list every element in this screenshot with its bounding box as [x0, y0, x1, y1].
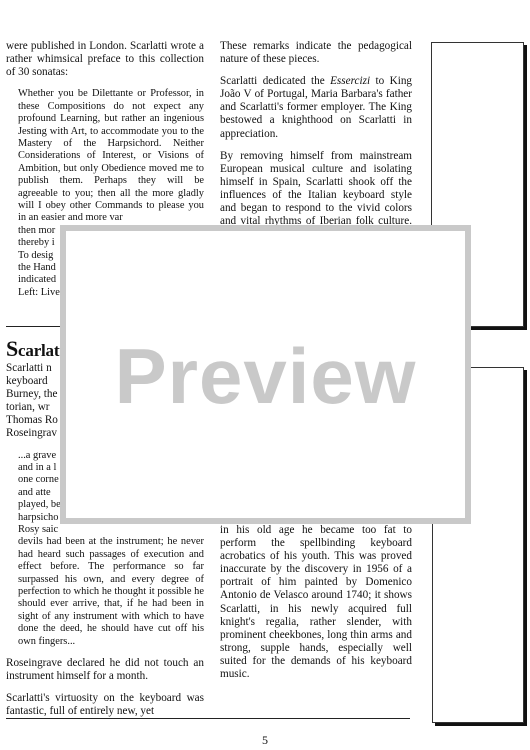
quote-fragment: played, be: [18, 499, 61, 510]
quote-fragment: To desig: [18, 250, 53, 261]
page-number: 5: [0, 733, 530, 748]
quote-fragment: harpsicho: [18, 512, 58, 523]
paragraph-virtuosity: Scarlatti's virtuosity on the keyboard w…: [6, 692, 204, 718]
quote-fragment: indicated: [18, 274, 56, 285]
quote-fragment: thereby i: [18, 237, 55, 248]
lower-right-column: in his old age he became too fat to perf…: [220, 524, 412, 681]
quote-fragment: the Hand: [18, 262, 56, 273]
section-heading: Scarlatt: [6, 339, 65, 361]
heading-drop-cap: S: [6, 336, 18, 361]
quote-fragment: and in a l: [18, 462, 56, 473]
text-fragment: Thomas Ro: [6, 414, 58, 426]
text-fragment: Scarlatti n: [6, 362, 52, 374]
text-fragment: torian, wr: [6, 401, 50, 413]
text-span: Scarlatti dedicated the: [220, 75, 330, 87]
right-column: These remarks indicate the pedagogical n…: [220, 40, 412, 250]
text-fragment: Burney, the: [6, 388, 57, 400]
paragraph-pedagogical: These remarks indicate the pedagogical n…: [220, 40, 412, 66]
quote-fragment: then mor: [18, 225, 55, 236]
heading-text: carlatt: [18, 341, 65, 360]
quote-fragment: and atte: [18, 487, 51, 498]
preview-watermark: Preview: [115, 331, 417, 422]
text-fragment: Roseingrav: [6, 427, 57, 439]
quote-fragment: Rosy saic: [18, 524, 58, 535]
paragraph-roseingrave: Roseingrave declared he did not touch an…: [6, 657, 204, 683]
quote-fragment: Left: Live: [18, 287, 60, 298]
paragraph-dedication: Scarlatti dedicated the Essercizi to Kin…: [220, 75, 412, 140]
quote-text: devils had been at the instrument; he ne…: [18, 536, 204, 646]
intro-paragraph: were published in London. Scarlatti wrot…: [6, 40, 204, 79]
preview-overlay: Preview: [60, 225, 471, 524]
quote-fragment: one corne: [18, 474, 59, 485]
text-fragment: keyboard: [6, 375, 48, 387]
title-essercizi: Essercizi: [330, 75, 370, 87]
footer-rule: [6, 718, 410, 719]
paragraph-portrait: in his old age he became too fat to perf…: [220, 524, 412, 681]
quote-fragment: ...a grave: [18, 450, 56, 461]
quote-text: Whether you be Dilettante or Professor, …: [18, 88, 204, 223]
